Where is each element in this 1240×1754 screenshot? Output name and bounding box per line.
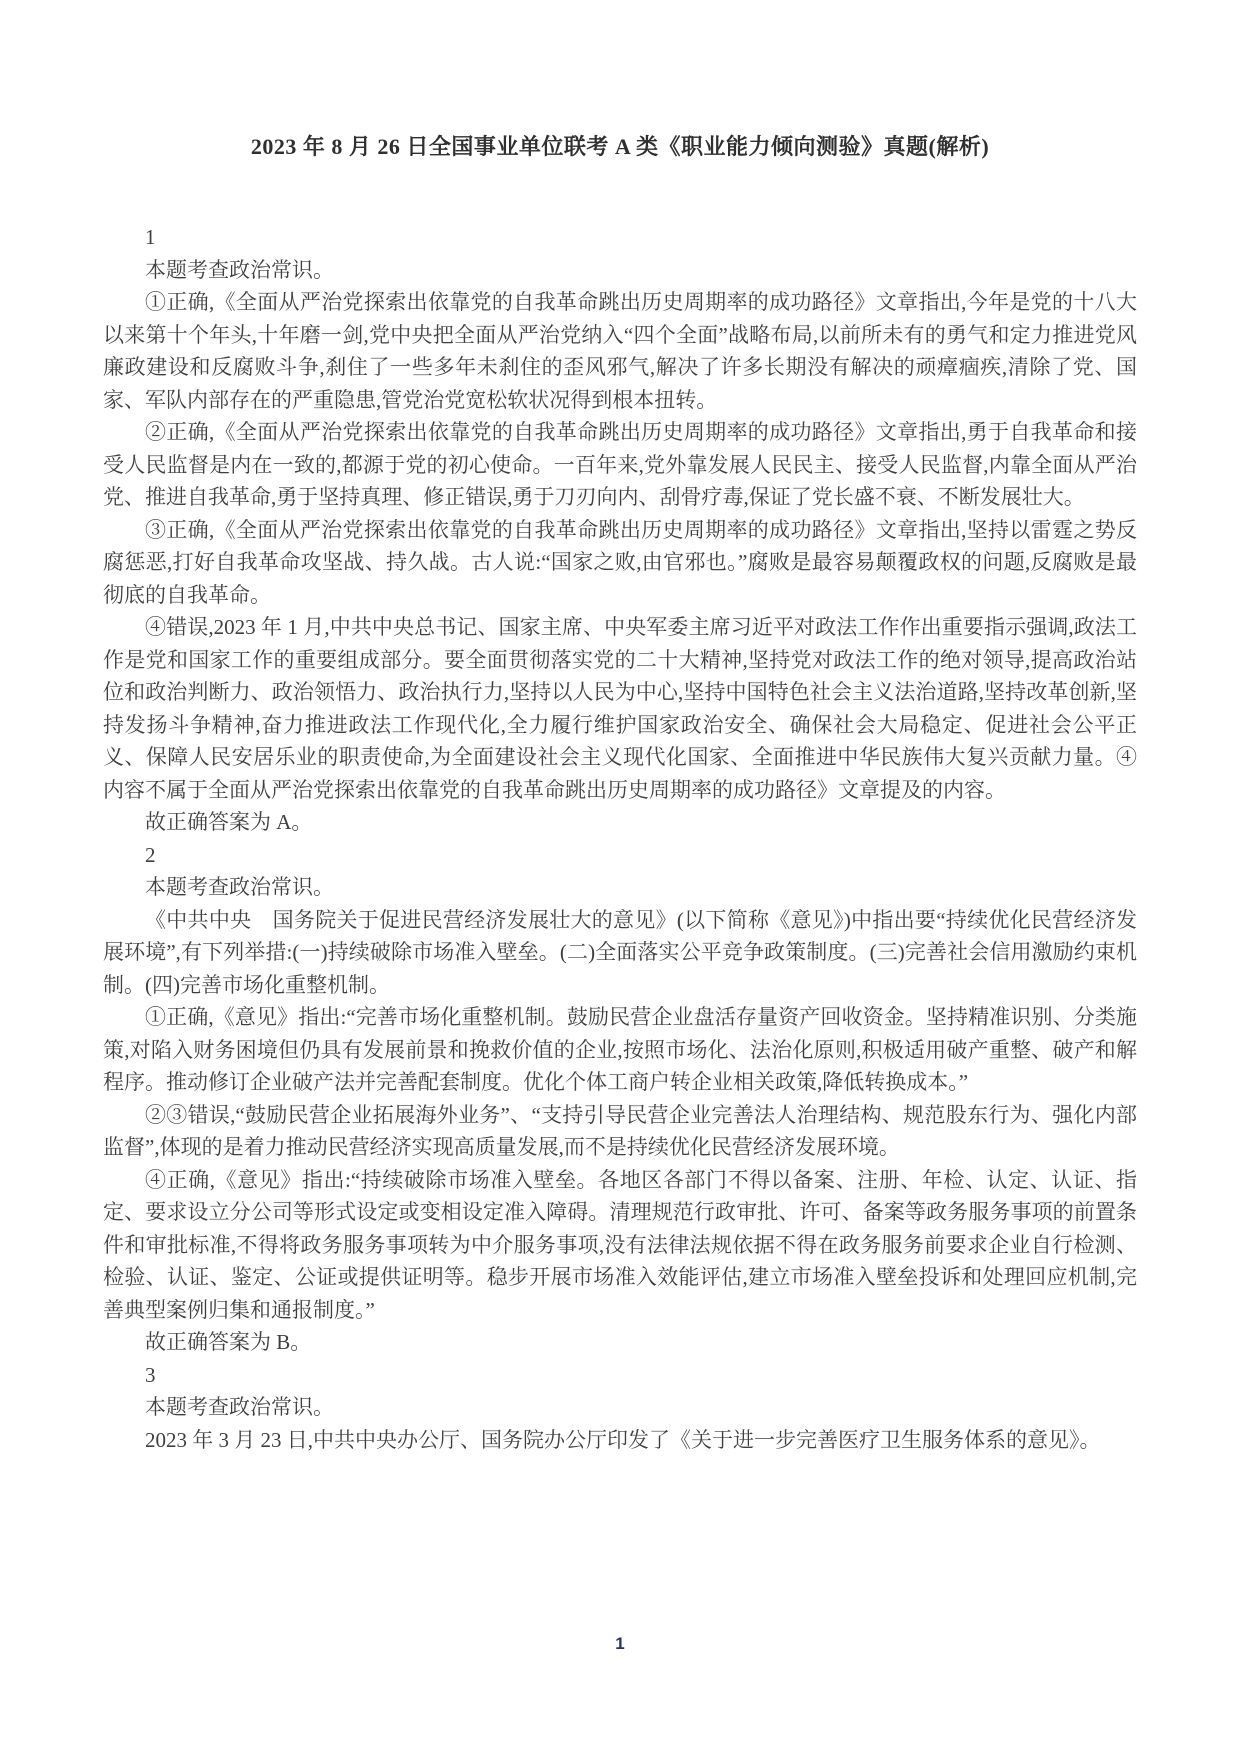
document-body: 1 本题考查政治常识。 ①正确,《全面从严治党探索出依靠党的自我革命跳出历史周期… — [103, 221, 1137, 1456]
analysis-intro: 本题考查政治常识。 — [103, 1391, 1137, 1424]
analysis-intro: 本题考查政治常识。 — [103, 871, 1137, 904]
analysis-paragraph: ③正确,《全面从严治党探索出依靠党的自我革命跳出历史周期率的成功路径》文章指出,… — [103, 514, 1137, 612]
answer-line: 故正确答案为 B。 — [103, 1326, 1137, 1359]
analysis-paragraph: ②③错误,“鼓励民营企业拓展海外业务”、“支持引导民营企业完善法人治理结构、规范… — [103, 1099, 1137, 1164]
analysis-paragraph: ①正确,《全面从严治党探索出依靠党的自我革命跳出历史周期率的成功路径》文章指出,… — [103, 286, 1137, 416]
analysis-paragraph: ①正确,《意见》指出:“完善市场化重整机制。鼓励民营企业盘活存量资产回收资金。坚… — [103, 1001, 1137, 1099]
page-number: 1 — [615, 1634, 624, 1653]
analysis-paragraph: ④正确,《意见》指出:“持续破除市场准入壁垒。各地区各部门不得以备案、注册、年检… — [103, 1164, 1137, 1327]
question-number: 1 — [103, 221, 1137, 254]
question-number: 2 — [103, 839, 1137, 872]
analysis-intro: 本题考查政治常识。 — [103, 254, 1137, 287]
analysis-paragraph: ②正确,《全面从严治党探索出依靠党的自我革命跳出历史周期率的成功路径》文章指出,… — [103, 416, 1137, 514]
analysis-paragraph: ④错误,2023 年 1 月,中共中央总书记、国家主席、中央军委主席习近平对政法… — [103, 611, 1137, 806]
question-number: 3 — [103, 1359, 1137, 1392]
analysis-paragraph: 2023 年 3 月 23 日,中共中央办公厅、国务院办公厅印发了《关于进一步完… — [103, 1424, 1137, 1457]
document-page: 2023 年 8 月 26 日全国事业单位联考 A 类《职业能力倾向测验》真题(… — [0, 0, 1240, 1754]
answer-line: 故正确答案为 A。 — [103, 806, 1137, 839]
page-title: 2023 年 8 月 26 日全国事业单位联考 A 类《职业能力倾向测验》真题(… — [103, 130, 1137, 163]
analysis-paragraph: 《中共中央 国务院关于促进民营经济发展壮大的意见》(以下简称《意见》)中指出要“… — [103, 904, 1137, 1002]
page-footer: 1 — [0, 1634, 1240, 1654]
